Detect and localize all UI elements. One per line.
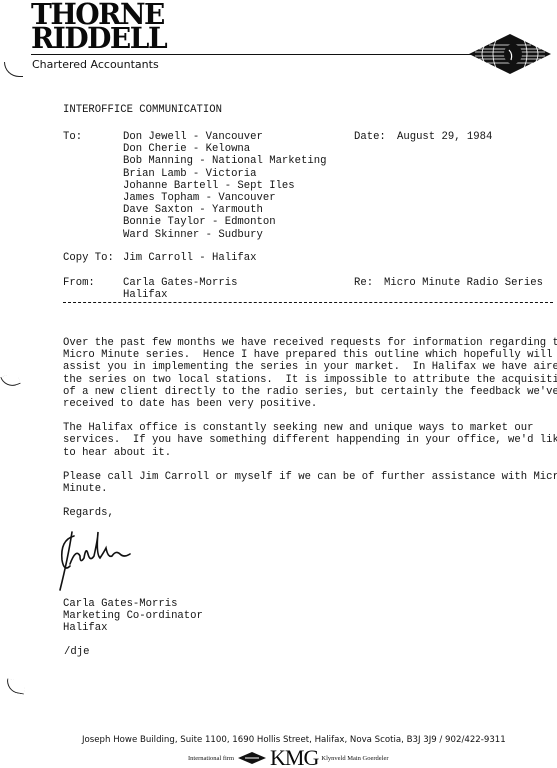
recipient: James Topham - Vancouver: [123, 192, 326, 204]
memo-body: Over the past few months we have receive…: [63, 337, 557, 519]
recipient-list: Don Jewell - Vancouver Don Cherie - Kelo…: [123, 131, 326, 241]
signatory-title: Marketing Co-ordinator: [63, 610, 203, 622]
header-divider: [63, 302, 553, 303]
copy-to-label: Copy To:: [63, 252, 114, 264]
recipient: Don Jewell - Vancouver: [123, 131, 326, 143]
letterhead-rule: [31, 54, 471, 55]
recipient: Bob Manning - National Marketing: [123, 155, 326, 167]
memo-heading: INTEROFFICE COMMUNICATION: [63, 104, 222, 116]
punch-mark: [4, 62, 23, 77]
body-line: the series on two local stations. It is …: [63, 374, 557, 386]
body-line: Please call Jim Carroll or myself if we …: [63, 471, 557, 483]
letterhead: THORNE RIDDELL Chartered Accountants: [31, 2, 557, 74]
recipient: Brian Lamb - Victoria: [123, 168, 326, 180]
from-name: Carla Gates-Morris: [123, 277, 237, 289]
signature-block: Carla Gates-Morris Marketing Co-ordinato…: [63, 598, 203, 635]
to-label: To:: [63, 131, 82, 143]
paragraph: Please call Jim Carroll or myself if we …: [63, 471, 557, 495]
paragraph: The Halifax office is constantly seeking…: [63, 422, 557, 459]
recipient: Don Cherie - Kelowna: [123, 143, 326, 155]
body-line: services. If you have something differen…: [63, 434, 557, 446]
body-line: assist you in implementing the series in…: [63, 361, 557, 373]
kmg-logo-icon: [237, 751, 267, 765]
body-line: The Halifax office is constantly seeking…: [63, 422, 557, 434]
signatory-name: Carla Gates-Morris: [63, 598, 203, 610]
body-line: to hear about it.: [63, 447, 557, 459]
international-firm-label: International firm: [188, 755, 234, 762]
date-value: August 29, 1984: [397, 131, 492, 143]
signatory-location: Halifax: [63, 622, 203, 634]
recipient: Bonnie Taylor - Edmonton: [123, 216, 326, 228]
recipient: Ward Skinner - Sudbury: [123, 229, 326, 241]
re-value: Micro Minute Radio Series: [384, 277, 543, 289]
punch-mark: [0, 371, 20, 389]
typist-initials: /dje: [64, 646, 89, 658]
body-line: Minute.: [63, 483, 557, 495]
firm-name-line2: RIDDELL: [31, 26, 166, 51]
closing: Regards,: [63, 507, 557, 519]
kmg-brand: KMG: [270, 748, 318, 768]
kmg-partner: Klynveld Main Goerdeler: [321, 755, 388, 762]
body-line: of a new client directly to the radio se…: [63, 386, 557, 398]
body-line: received to date has been very positive.: [63, 398, 557, 410]
handwritten-signature: [58, 528, 138, 592]
body-line: Over the past few months we have receive…: [63, 337, 557, 349]
international-firm: International firm KMG Klynveld Main Goe…: [188, 748, 389, 768]
recipient: Johanne Bartell - Sept Iles: [123, 180, 326, 192]
body-line: Micro Minute series. Hence I have prepar…: [63, 349, 557, 361]
date-label: Date:: [354, 131, 386, 143]
paragraph: Over the past few months we have receive…: [63, 337, 557, 410]
punch-mark: [5, 678, 26, 694]
from-label: From:: [63, 277, 95, 289]
globe-icon: [467, 32, 553, 78]
re-label: Re:: [354, 277, 373, 289]
recipient: Dave Saxton - Yarmouth: [123, 204, 326, 216]
footer-address: Joseph Howe Building, Suite 1100, 1690 H…: [82, 735, 506, 745]
firm-subtitle: Chartered Accountants: [32, 58, 159, 71]
from-location: Halifax: [123, 289, 168, 301]
copy-to-value: Jim Carroll - Halifax: [123, 252, 257, 264]
